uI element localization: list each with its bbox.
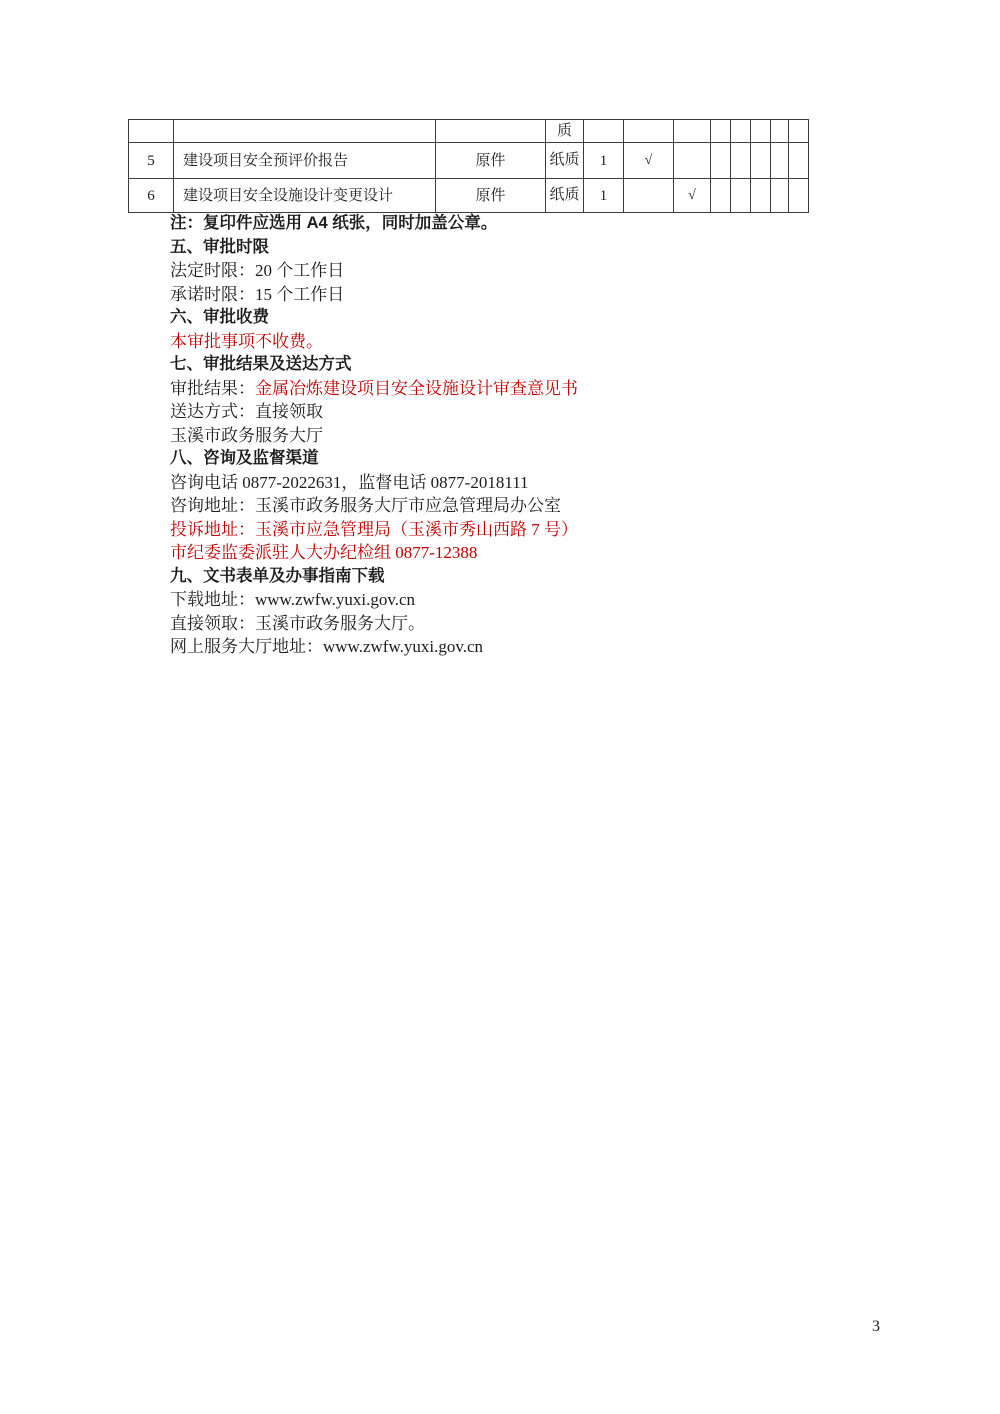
cell-document-name: 建设项目安全设施设计变更设计: [174, 179, 436, 213]
cell-empty: [584, 120, 624, 143]
cell-empty: [731, 120, 751, 143]
required-documents-table: 质 5 建设项目安全预评价报告 原件 纸质 1 √ 6 建设项目安全: [128, 119, 809, 213]
cell-empty: [711, 143, 731, 179]
cell-form: 原件: [436, 143, 546, 179]
cell-count: 1: [584, 179, 624, 213]
document-page: 质 5 建设项目安全预评价报告 原件 纸质 1 √ 6 建设项目安全: [0, 0, 1000, 1414]
no-fee-line: 本审批事项不收费。: [170, 330, 810, 354]
cell-form: 原件: [436, 179, 546, 213]
table-row-5: 5 建设项目安全预评价报告 原件 纸质 1 √: [129, 143, 809, 179]
body-text: 注：复印件应选用 A4 纸张，同时加盖公章。 五、审批时限 法定时限：20 个工…: [170, 212, 810, 659]
service-hall-line: 玉溪市政务服务大厅: [170, 424, 810, 448]
cell-empty: [174, 120, 436, 143]
section-8-heading: 八、咨询及监督渠道: [170, 447, 810, 471]
cell-material: 纸质: [546, 179, 584, 213]
cell-material-fragment: 质: [546, 120, 584, 143]
cell-empty: [731, 179, 751, 213]
cell-empty: [624, 120, 674, 143]
cell-material: 纸质: [546, 143, 584, 179]
consult-address-line: 咨询地址：玉溪市政务服务大厅市应急管理局办公室: [170, 494, 810, 518]
table-row-6: 6 建设项目安全设施设计变更设计 原件 纸质 1 √: [129, 179, 809, 213]
cell-empty: [711, 179, 731, 213]
complaint-address-line: 投诉地址：玉溪市应急管理局（玉溪市秀山西路 7 号）: [170, 518, 810, 542]
discipline-inspection-line: 市纪委监委派驻人大办纪检组 0877-12388: [170, 541, 810, 565]
cell-empty: [751, 179, 771, 213]
cell-empty: [674, 120, 711, 143]
cell-document-name: 建设项目安全预评价报告: [174, 143, 436, 179]
delivery-method-line: 送达方式：直接领取: [170, 400, 810, 424]
promised-time-limit-line: 承诺时限：15 个工作日: [170, 283, 810, 307]
cell-empty: [789, 120, 809, 143]
cell-checkmark-2: √: [674, 179, 711, 213]
online-hall-line: 网上服务大厅地址：www.zwfw.yuxi.gov.cn: [170, 635, 810, 659]
download-address-line: 下载地址：www.zwfw.yuxi.gov.cn: [170, 588, 810, 612]
section-6-heading: 六、审批收费: [170, 306, 810, 330]
cell-empty: [751, 120, 771, 143]
cell-empty: [789, 143, 809, 179]
page-number: 3: [872, 1318, 880, 1336]
cell-empty: [751, 143, 771, 179]
cell-empty: [789, 179, 809, 213]
cell-empty: [771, 143, 789, 179]
cell-empty: [711, 120, 731, 143]
cell-count: 1: [584, 143, 624, 179]
cell-empty: [436, 120, 546, 143]
cell-empty: [731, 143, 751, 179]
cell-empty: [129, 120, 174, 143]
approval-result-label: 审批结果：: [170, 379, 255, 398]
cell-empty: [771, 120, 789, 143]
section-5-heading: 五、审批时限: [170, 236, 810, 260]
phone-numbers-line: 咨询电话 0877-2022631，监督电话 0877-2018111: [170, 471, 810, 495]
cell-checkmark-2: [674, 143, 711, 179]
cell-empty: [771, 179, 789, 213]
section-9-heading: 九、文书表单及办事指南下载: [170, 565, 810, 589]
cell-row-number: 6: [129, 179, 174, 213]
section-7-heading: 七、审批结果及送达方式: [170, 353, 810, 377]
direct-pickup-line: 直接领取：玉溪市政务服务大厅。: [170, 612, 810, 636]
cell-checkmark-1: √: [624, 143, 674, 179]
approval-result-value: 金属冶炼建设项目安全设施设计审查意见书: [255, 379, 578, 398]
legal-time-limit-line: 法定时限：20 个工作日: [170, 259, 810, 283]
cell-row-number: 5: [129, 143, 174, 179]
cell-checkmark-1: [624, 179, 674, 213]
note-line: 注：复印件应选用 A4 纸张，同时加盖公章。: [170, 212, 810, 236]
approval-result-line: 审批结果：金属冶炼建设项目安全设施设计审查意见书: [170, 377, 810, 401]
table-row-fragment: 质: [129, 120, 809, 143]
